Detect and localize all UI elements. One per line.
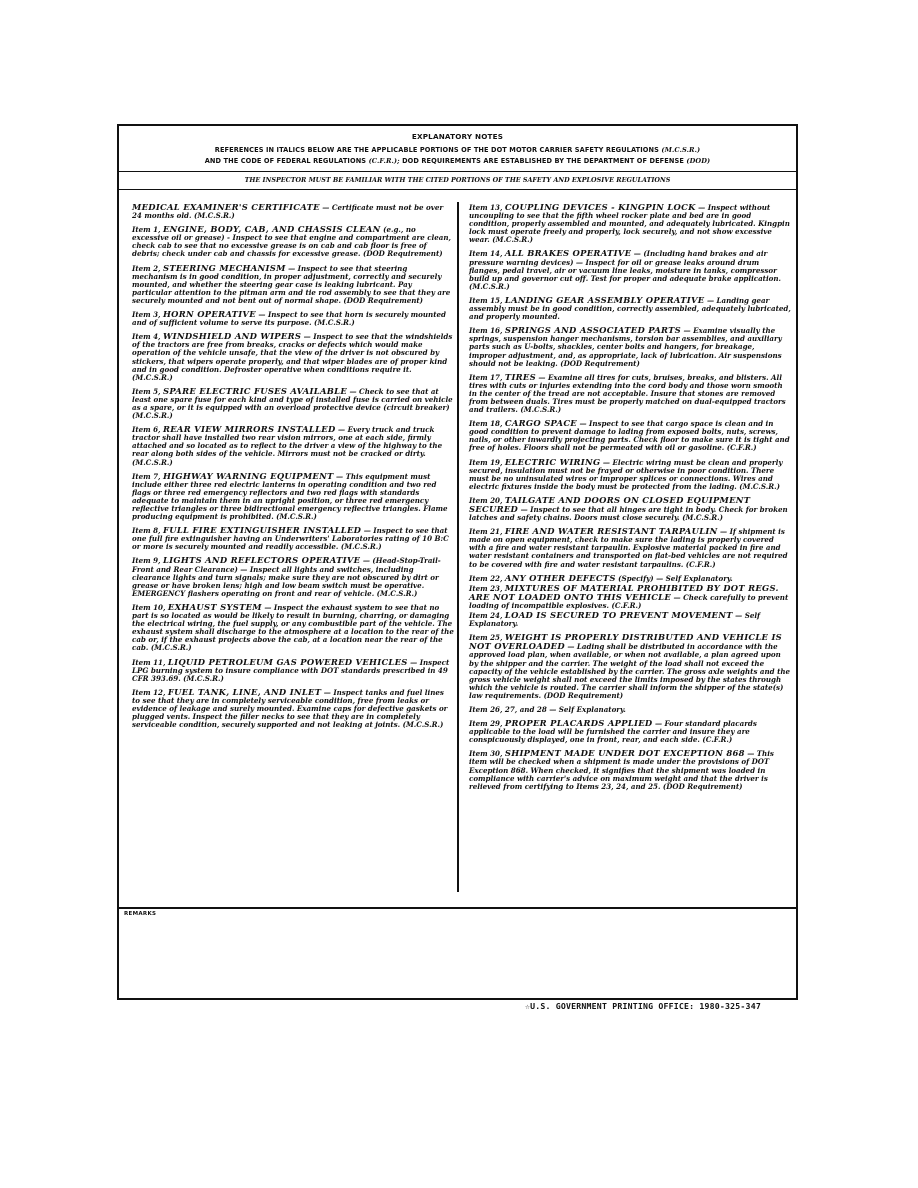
note-item: Item 5, SPARE ELECTRIC FUSES AVAILABLE —… <box>132 387 454 420</box>
note-item: Item 19, ELECTRIC WIRING — Electric wiri… <box>469 458 791 491</box>
explanatory-notes-form: EXPLANATORY NOTES REFERENCES IN ITALICS … <box>117 124 798 1000</box>
right-column-notes: Item 13, COUPLING DEVICES - KINGPIN LOCK… <box>469 203 791 796</box>
note-item-label: Item 22, <box>469 574 505 583</box>
printing-office-imprint: ☆U.S. GOVERNMENT PRINTING OFFICE: 1980-3… <box>525 1001 761 1011</box>
form-title: EXPLANATORY NOTES <box>119 132 796 141</box>
note-item: Item 9, LIGHTS AND REFLECTORS OPERATIVE … <box>132 556 454 597</box>
note-item: Item 26, 27, and 28 — Self Explanatory. <box>469 705 791 714</box>
note-item: MEDICAL EXAMINER'S CERTIFICATE — Certifi… <box>132 203 454 220</box>
note-item: Item 25, WEIGHT IS PROPERLY DISTRIBUTED … <box>469 633 791 700</box>
note-item-text: — This equipment must include either thr… <box>132 472 448 521</box>
note-item: Item 21, FIRE AND WATER RESISTANT TARPAU… <box>469 527 791 568</box>
remarks-label: REMARKS <box>124 911 156 917</box>
remarks-divider <box>119 907 796 909</box>
note-item: Item 22, ANY OTHER DEFECTS (Specify) — S… <box>469 574 791 583</box>
column-divider <box>457 202 459 892</box>
note-item: Item 24, LOAD IS SECURED TO PREVENT MOVE… <box>469 611 791 628</box>
note-item: Item 29, PROPER PLACARDS APPLIED — Four … <box>469 719 791 744</box>
note-item: Item 11, LIQUID PETROLEUM GAS POWERED VE… <box>132 658 454 683</box>
form-header: EXPLANATORY NOTES REFERENCES IN ITALICS … <box>119 126 796 171</box>
note-item: Item 16, SPRINGS AND ASSOCIATED PARTS — … <box>469 326 791 367</box>
left-column-notes: MEDICAL EXAMINER'S CERTIFICATE — Certifi… <box>132 203 454 734</box>
remarks-field[interactable] <box>124 921 791 994</box>
note-item: Item 1, ENGINE, BODY, CAB, AND CHASSIS C… <box>132 225 454 258</box>
inspector-notice: THE INSPECTOR MUST BE FAMILIAR WITH THE … <box>119 176 796 184</box>
note-item-text: (Specify) — Self Explanatory. <box>616 574 733 583</box>
header-reference-line-1: REFERENCES IN ITALICS BELOW ARE THE APPL… <box>119 146 796 154</box>
note-item-title: ANY OTHER DEFECTS <box>505 573 616 583</box>
note-item: Item 23, MIXTURES OF MATERIAL PROHIBITED… <box>469 584 791 610</box>
header-divider <box>119 171 796 172</box>
note-item: Item 4, WINDSHIELD AND WIPERS — Inspect … <box>132 332 454 382</box>
note-item: Item 6, REAR VIEW MIRRORS INSTALLED — Ev… <box>132 425 454 466</box>
note-item: Item 8, FULL FIRE EXTINGUISHER INSTALLED… <box>132 526 454 551</box>
note-item: Item 12, FUEL TANK, LINE, AND INLET — In… <box>132 688 454 729</box>
note-item: Item 2, STEERING MECHANISM — Inspect to … <box>132 264 454 305</box>
header-reference-line-2: AND THE CODE OF FEDERAL REGULATIONS (C.F… <box>119 157 796 165</box>
note-item: Item 14, ALL BRAKES OPERATIVE — (Includi… <box>469 249 791 290</box>
note-item-text: — Self Explanatory. <box>547 705 626 714</box>
subheading-divider <box>119 189 796 190</box>
note-item: Item 13, COUPLING DEVICES - KINGPIN LOCK… <box>469 203 791 244</box>
note-item-text: — Inspect the exhaust system to see that… <box>132 603 454 652</box>
note-item: Item 20, TAILGATE AND DOORS ON CLOSED EQ… <box>469 496 791 522</box>
note-item: Item 3, HORN OPERATIVE — Inspect to see … <box>132 310 454 327</box>
note-item: Item 10, EXHAUST SYSTEM — Inspect the ex… <box>132 603 454 653</box>
note-item: Item 30, SHIPMENT MADE UNDER DOT EXCEPTI… <box>469 749 791 790</box>
note-item-text: — Inspect to see that the windshields of… <box>132 332 452 381</box>
note-item: Item 15, LANDING GEAR ASSEMBLY OPERATIVE… <box>469 296 791 321</box>
note-item: Item 18, CARGO SPACE — Inspect to see th… <box>469 419 791 452</box>
note-item-title: LOAD IS SECURED TO PREVENT MOVEMENT <box>505 610 733 620</box>
note-item: Item 7, HIGHWAY WARNING EQUIPMENT — This… <box>132 472 454 522</box>
note-item: Item 17, TIRES — Examine all tires for c… <box>469 373 791 414</box>
note-item-label: Item 26, 27, and 28 <box>469 705 547 714</box>
note-item-text: — Lading shall be distributed in accorda… <box>469 642 790 700</box>
